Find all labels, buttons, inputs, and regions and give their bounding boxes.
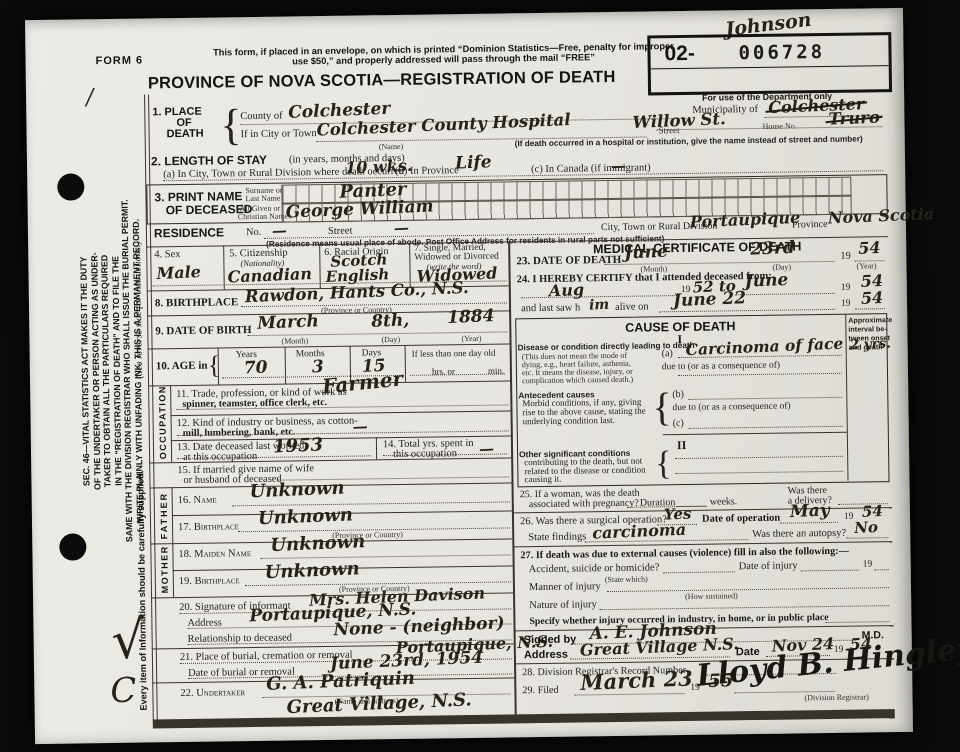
sex-label: 4. Sex <box>154 249 180 260</box>
rule <box>285 347 287 384</box>
age-less-label: If less than one day old <box>412 348 496 359</box>
dob-day-hint: (Day) <box>381 335 400 344</box>
s2b-label: (b) In Province <box>395 165 459 177</box>
occupation-value: Farmer <box>321 366 404 398</box>
dotted-line <box>574 693 684 696</box>
see-reverse-note: (See reverse side for instructions.) <box>132 241 145 378</box>
autopsy-label: Was there an autopsy? <box>752 528 846 540</box>
state-which-hint: (State which) <box>605 575 648 585</box>
rule <box>319 244 321 288</box>
other-conditions-brace: { <box>655 445 672 483</box>
dotted-line <box>825 621 889 623</box>
death-year-prefix: 19 <box>840 251 851 262</box>
injury-year-prefix: 19 <box>863 559 873 569</box>
dotted-line <box>846 537 888 539</box>
rule <box>405 345 407 382</box>
signed-by-label: Signed by <box>524 634 577 647</box>
operation-date-label: Date of operation <box>702 513 780 525</box>
autopsy-value: No <box>854 518 878 537</box>
s2b-value: Life <box>455 152 492 174</box>
alive-year-prefix: 19 <box>841 299 851 309</box>
dob-year: 1884 <box>447 306 495 328</box>
cause-a-label: (a) <box>662 348 673 359</box>
father-name-value: Unknown <box>249 477 345 502</box>
operation-date-value: May <box>790 500 831 522</box>
division-registrar-hint: (Division Registrar) <box>804 692 868 702</box>
rule <box>223 245 225 289</box>
accident-label: Accident, suicide or homicide? <box>529 562 660 575</box>
father-vertical-label: FATHER <box>159 492 170 539</box>
pregnancy-label2: associated with pregnancy? <box>529 498 639 511</box>
cause-a-interval-value: 2 yrs. <box>849 336 891 354</box>
death-year-value: 54 <box>858 238 881 258</box>
pen-letter-c: C <box>110 670 138 711</box>
scanned-death-certificate: SEC. 46—VITAL STATISTICS ACT MAKES IT TH… <box>25 8 913 744</box>
residence-street-label: Street <box>328 226 353 237</box>
residence-province-label: Province <box>792 219 828 230</box>
manner-of-injury-label: Manner of injury <box>529 581 601 593</box>
date-of-death-label: 23. DATE OF DEATH <box>516 254 621 267</box>
house-no-label: House No. <box>762 121 796 130</box>
dotted-line <box>232 501 510 506</box>
mother-birthplace-value: Unknown <box>264 558 360 583</box>
disease-note: complication which caused death.) <box>522 375 633 386</box>
dotted-line <box>607 587 889 592</box>
last-saw-fill: im <box>589 297 610 314</box>
dotted-line <box>801 570 859 572</box>
residence-street-value: — <box>394 219 410 238</box>
dotted-line <box>663 571 735 573</box>
rule <box>376 437 377 459</box>
form-bottom-bar <box>153 709 895 728</box>
last-saw-label: and last saw h <box>521 302 580 314</box>
s2-title: 2. LENGTH OF STAY <box>151 153 267 169</box>
dotted-line <box>875 569 889 570</box>
operation-year-prefix: 19 <box>844 512 854 522</box>
attended-to-value: June <box>744 270 788 292</box>
county-label: County of <box>240 111 282 123</box>
dob-label: 9. DATE OF BIRTH <box>155 324 251 337</box>
rule <box>170 385 172 462</box>
residence-no-label: No. <box>246 227 262 238</box>
filed-date-value: March 23 <box>580 665 693 695</box>
findings-value: carcinoma <box>592 520 687 543</box>
age-label: 10. AGE in <box>156 360 208 373</box>
s1-brace: { <box>220 99 242 150</box>
nature-of-injury-label: Nature of injury <box>529 599 597 611</box>
pen-check-mark: √ <box>110 610 146 671</box>
dotted-line <box>780 522 838 524</box>
alive-on-label: alive on <box>615 301 649 312</box>
dotted-line <box>599 605 889 610</box>
father-birthplace-label: 17. Birthplace <box>178 521 239 533</box>
registration-number-box: 02- 006728 <box>647 32 892 95</box>
father-name-label: 16. Name <box>178 495 217 507</box>
mother-birthplace-label: 19. Birthplace <box>179 575 240 587</box>
last-worked-value: 1953 <box>273 434 324 457</box>
registration-number-stamp: 006728 <box>738 41 825 64</box>
dotted-line <box>855 308 885 309</box>
surname-label2: Last Name <box>245 194 280 203</box>
mother-vertical-label: MOTHER <box>159 545 170 593</box>
s1-label: DEATH <box>167 128 204 141</box>
hospital-note: (If death occurred in a hospital or inst… <box>515 134 863 148</box>
sex-value: Male <box>156 262 201 283</box>
alive-on-value: June 22 <box>673 288 747 311</box>
occupation-vertical-label: OCCUPATION <box>157 385 168 459</box>
filed-label: 29. Filed <box>522 685 558 697</box>
physician-address-label: Address <box>524 649 568 662</box>
alive-year-value: 54 <box>861 288 884 308</box>
residence-label: RESIDENCE <box>154 225 224 240</box>
antecedent-note: underlying condition last. <box>523 415 615 426</box>
findings-label: State findings <box>528 531 586 543</box>
weeks-label: weeks. <box>710 496 738 507</box>
external-causes-label: 27. If death was due to external causes … <box>520 546 848 562</box>
undertaker-address-value: Great Village, N.S. <box>286 689 472 718</box>
attended-to-year-prefix: 19 <box>841 283 851 293</box>
mother-maiden-label: 18. Maiden Name <box>178 548 251 560</box>
s2c-value: — <box>611 157 627 176</box>
total-years-value: — <box>479 439 495 458</box>
birthplace-label: 8. BIRTHPLACE <box>155 296 239 309</box>
dob-day: 8th, <box>371 310 410 332</box>
death-month-value: June <box>624 242 668 264</box>
cause-part2-numeral: II <box>677 438 687 453</box>
pen-tick-mark: ∕ <box>86 85 94 110</box>
residence-city-value: Portaupique <box>689 208 800 232</box>
form-number-label: FORM 6 <box>95 55 143 68</box>
registration-number-prefix: 02- <box>664 42 695 66</box>
dob-month: March <box>257 311 319 334</box>
city-town-label: If in City or Town <box>241 128 317 140</box>
envelope-note: This form, if placed in an envelope, on … <box>203 41 683 68</box>
mother-maiden-value: Unknown <box>270 531 366 556</box>
how-sustained-hint: (How sustained) <box>685 591 738 601</box>
father-birthplace-value: Unknown <box>258 504 354 529</box>
other-conditions-note: causing it. <box>524 474 561 485</box>
injury-date-label: Date of injury <box>739 560 798 572</box>
name-hint: (Name) <box>379 142 404 151</box>
residence-province-value: Nova Scotia <box>827 204 934 227</box>
cause-b-label: (b) <box>672 389 684 400</box>
cause-c-label: (c) <box>673 418 684 429</box>
due-to-label1: due to (or as a consequence of) <box>662 361 780 373</box>
undertaker-label: 22. Undertaker <box>180 687 245 699</box>
age-years-value: 70 <box>243 357 267 378</box>
due-to-label2: due to (or as a consequence of) <box>672 402 790 414</box>
every-item-note: Every item of Information should be care… <box>135 471 148 711</box>
dob-month-hint: (Month) <box>281 336 308 345</box>
dotted-line <box>261 554 511 558</box>
antecedent-brace: { <box>652 383 672 430</box>
dob-year-hint: (Year) <box>461 334 481 343</box>
death-day-value: 23rd <box>750 238 795 260</box>
page-title: PROVINCE OF NOVA SCOTIA—REGISTRATION OF … <box>148 69 548 94</box>
dotted-line <box>735 293 835 295</box>
death-year-hint: (Year) <box>856 261 876 270</box>
